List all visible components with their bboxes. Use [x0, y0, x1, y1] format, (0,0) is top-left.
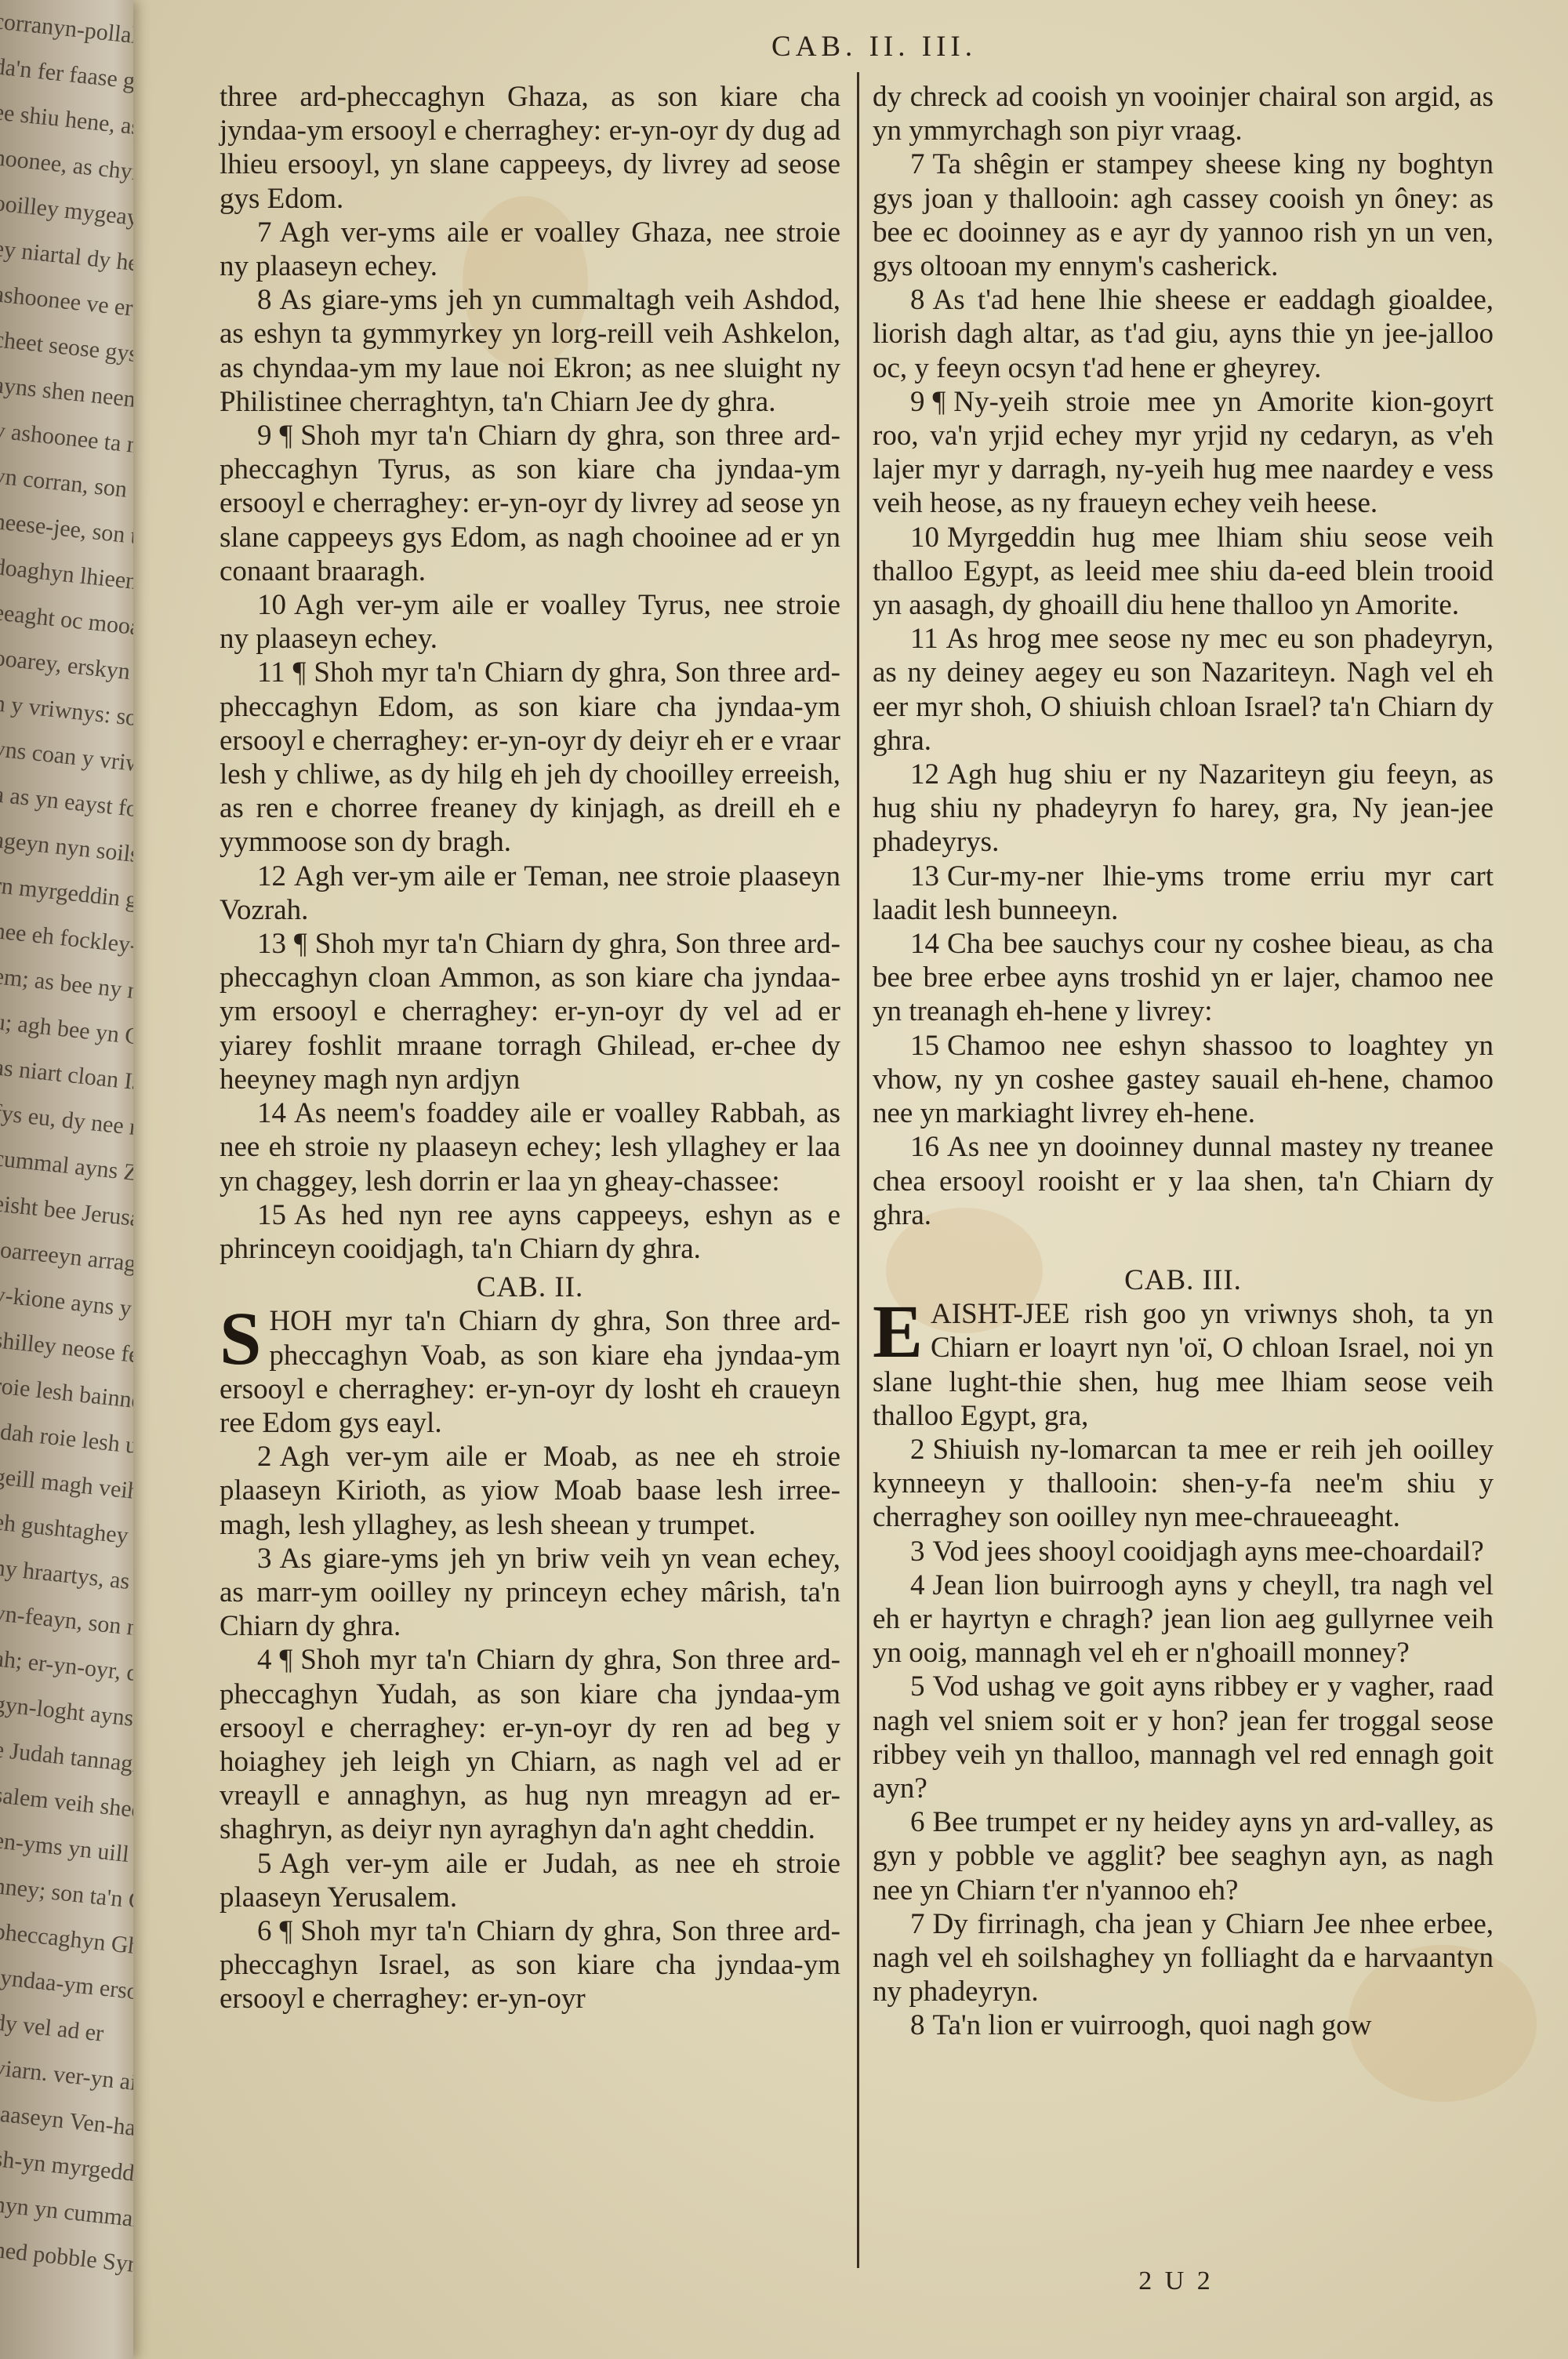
verse: 6Bee trumpet er ny heidey ayns yn ard-va… — [873, 1805, 1494, 1907]
verse-text: As giare-yms jeh yn briw veih yn vean ec… — [220, 1543, 840, 1642]
verse-text: dy chreck ad cooish yn vooinjer chairal … — [873, 81, 1494, 147]
previous-page-text-fragment: y ashoonee ta mygeayrt — [0, 417, 133, 467]
verse-number: 13 — [257, 928, 286, 960]
verse-text: Shiuish ny-lomarcan ta mee er reih jeh o… — [873, 1434, 1494, 1533]
verse-text: Agh ver-ym aile er voalley Tyrus, nee st… — [220, 589, 840, 655]
verse: 10Agh ver-ym aile er voalley Tyrus, nee … — [220, 588, 840, 656]
verse-number: 3 — [910, 1536, 925, 1568]
previous-page-text-fragment: yns coan y vriwnys. — [0, 736, 133, 782]
previous-page-text-fragment: doaghyn lhieeney — [0, 554, 133, 598]
verse: 9¶Shoh myr ta'n Chiarn dy ghra, son thre… — [220, 419, 840, 588]
verse-number: 7 — [910, 1908, 925, 1940]
verse-number: 4 — [910, 1569, 925, 1601]
verse-text: Agh ver-ym aile er Judah, as nee eh stro… — [220, 1848, 840, 1914]
verse-number: 7 — [910, 148, 925, 180]
previous-page-text-fragment: fys eu, dy nee mish y — [0, 1100, 133, 1147]
previous-page-text-fragment: ashoonee ve er nyn — [0, 281, 133, 326]
verse-text: Dy firrinagh, cha jean y Chiarn Jee nhee… — [873, 1908, 1494, 2008]
verse: 3Vod jees shooyl cooidjagh ayns mee-choa… — [873, 1535, 1494, 1568]
verse: 5Vod ushag ve goit ayns ribbey er y vagh… — [873, 1670, 1494, 1805]
verse-number: 12 — [257, 860, 286, 892]
verse: 13¶Shoh myr ta'n Chiarn dy ghra, Son thr… — [220, 927, 840, 1096]
previous-page-text-fragment: em; as bee ny niaughyn — [0, 963, 133, 1012]
verse-number: 2 — [257, 1441, 272, 1473]
verse: 14Cha bee sauchys cour ny coshee bieau, … — [873, 927, 1494, 1029]
pilcrow-mark: ¶ — [280, 420, 293, 452]
verse-number: 15 — [257, 1199, 286, 1231]
previous-page-text-fragment: joarreeyn arragh — [0, 1236, 133, 1278]
pilcrow-mark: ¶ — [294, 928, 307, 960]
pilcrow-mark: ¶ — [293, 656, 307, 689]
previous-page-text-fragment: en-yms yn uill — [0, 1827, 130, 1868]
previous-page-text-fragment: cummal ayns Zion, — [0, 1145, 133, 1190]
verse-text: three ard-pheccaghyn Ghaza, as son kiare… — [220, 81, 840, 215]
previous-page-text-fragment: ah; er-yn-oyr, dy — [0, 1645, 133, 1688]
previous-page-text-fragment: y-kione ayns y laa shen — [0, 1281, 133, 1331]
verse-text: Agh ver-yms aile er voalley Ghaza, nee s… — [220, 216, 840, 282]
verse: 13Cur-my-ner lhie-yms trome erriu myr ca… — [873, 860, 1494, 927]
previous-page-text-fragment: n y vriwnys: son ta — [0, 690, 133, 736]
verse-text: As giare-yms jeh yn cummaltagh veih Ashd… — [220, 284, 840, 418]
previous-page-text-fragment: ooarey, erskyn — [0, 645, 131, 685]
verse-number: 6 — [910, 1806, 925, 1838]
previous-page-text-fragment: dy vel ad er — [0, 2009, 105, 2048]
verse-number: 14 — [257, 1097, 286, 1129]
previous-page-text-fragment: eisht bee Jerusalem — [0, 1190, 133, 1236]
verse-text: Shoh myr ta'n Chiarn dy ghra, Son three … — [220, 928, 840, 1096]
verse: 8Ta'n lion er vuirroogh, quoi nagh gow — [873, 2008, 1494, 2042]
verse-text: As hed nyn ree ayns cappeeys, eshyn as e… — [220, 1199, 840, 1265]
drop-cap-initial: E — [873, 1297, 931, 1363]
verse-text: Vod jees shooyl cooidjagh ayns mee-choar… — [933, 1536, 1484, 1568]
verse-text: Cha bee sauchys cour ny coshee bieau, as… — [873, 928, 1494, 1027]
verse-number: 11 — [257, 656, 285, 689]
verse: 15Chamoo nee eshyn shassoo to loaghtey y… — [873, 1029, 1494, 1131]
previous-page-text-fragment: roie lesh bainney, — [0, 1372, 133, 1416]
previous-page-text-fragment: nney; son ta'n Chiarn — [0, 1873, 133, 1920]
verse: 15As hed nyn ree ayns cappeeys, eshyn as… — [220, 1198, 840, 1266]
verse: 12Agh hug shiu er ny Nazariteyn giu feey… — [873, 758, 1494, 860]
previous-page-text-fragment: as niart cloan Israel. — [0, 1054, 133, 1100]
previous-page-text-fragment: hoonee, as chymsee- — [0, 144, 133, 191]
previous-page-text-fragment: e Judah tannaghtyn — [0, 1736, 133, 1782]
verse: 5Agh ver-ym aile er Judah, as nee eh str… — [220, 1847, 840, 1914]
column-divider-rule — [857, 72, 859, 2268]
verse-text: Chamoo nee eshyn shassoo to loaghtey yn … — [873, 1030, 1494, 1129]
previous-page-text-fragment: eh gushtaghey coan — [0, 1509, 133, 1555]
previous-page-text-fragment: yn-feayn, son nyn — [0, 1600, 133, 1644]
chapter-heading: CAB. III. — [873, 1263, 1494, 1297]
verse: 3As giare-yms jeh yn briw veih yn vean e… — [220, 1542, 840, 1644]
verse: 10Myrgeddin hug mee lhiam shiu seose vei… — [873, 521, 1494, 623]
verse: 2Agh ver-ym aile er Moab, as nee eh stro… — [220, 1440, 840, 1542]
verse: 9¶Ny-yeih stroie mee yn Amorite kion-goy… — [873, 385, 1494, 521]
verse-number: 9 — [910, 386, 925, 418]
verse-number: 15 — [910, 1030, 939, 1062]
verse: 4¶Shoh myr ta'n Chiarn dy ghra, Son thre… — [220, 1643, 840, 1846]
verse: 6¶Shoh myr ta'n Chiarn dy ghra, Son thre… — [220, 1914, 840, 2016]
verse: 12Agh ver-ym aile er Teman, nee stroie p… — [220, 860, 840, 927]
previous-page-text-fragment: pheccaghyn Ghaza — [0, 1918, 133, 1964]
previous-page-text-fragment: cheet seose gys coan — [0, 326, 133, 373]
previous-page-text-fragment: hed pobble Syria — [0, 2237, 133, 2280]
previous-page-text-fragment: u; agh bee yn Chiarn — [0, 1009, 133, 1056]
chapter-opening-verse: SHOH myr ta'n Chiarn dy ghra, Son three … — [220, 1304, 840, 1440]
previous-page-text-fragment: ee shiu hene, as — [0, 99, 133, 140]
verse-text: Shoh myr ta'n Chiarn dy ghra, Son three … — [220, 656, 840, 858]
verse-number: 13 — [910, 860, 939, 892]
verse-number: 2 — [910, 1434, 925, 1466]
previous-page-text-fragment: a as yn eayst fo dorragh — [0, 781, 133, 831]
verse-text: Bee trumpet er ny heidey ayns yn ard-val… — [873, 1806, 1494, 1906]
chapter-heading-text: CAB. II. — [477, 1271, 583, 1303]
verse-text: Agh hug shiu er ny Nazariteyn giu feeyn,… — [873, 758, 1494, 858]
pilcrow-mark: ¶ — [933, 386, 946, 418]
verse-text: Shoh myr ta'n Chiarn dy ghra, son three … — [220, 420, 840, 587]
signature-mark: 2 U 2 — [1129, 2266, 1223, 2296]
previous-page-leaf: corranyn-pollalda'n fer faase gra,ee shi… — [0, 0, 133, 2359]
verse: 4Jean lion buirroogh ayns y cheyll, tra … — [873, 1568, 1494, 1670]
verse: 8As t'ad hene lhie sheese er eaddagh gio… — [873, 283, 1494, 385]
verse-number: 8 — [257, 284, 272, 316]
opening-small-caps: HOH — [269, 1305, 332, 1337]
previous-page-text-fragment: eeaght oc mooar. — [0, 599, 133, 642]
verse: 14As neem's foaddey aile er voalley Rabb… — [220, 1096, 840, 1198]
verse-number: 8 — [910, 284, 925, 316]
verse-number: 7 — [257, 216, 272, 249]
verse-text: Ta shêgin er stampey sheese king ny bogh… — [873, 148, 1494, 282]
left-text-column: three ard-pheccaghyn Ghaza, as son kiare… — [220, 80, 840, 2016]
drop-cap-initial: S — [220, 1304, 269, 1370]
verse-text: Agh ver-ym aile er Moab, as nee eh stroi… — [220, 1441, 840, 1540]
previous-page-text-fragment: ey niartal dy heet — [0, 235, 133, 278]
pilcrow-mark: ¶ — [280, 1644, 293, 1676]
verse-number: 4 — [257, 1644, 272, 1676]
verse-number: 14 — [910, 928, 939, 960]
verse-number: 3 — [257, 1543, 272, 1575]
previous-page-text-fragment: laaseyn Ven-hadad — [0, 2100, 133, 2145]
verse-text: Jean lion buirroogh ayns y cheyll, tra n… — [873, 1569, 1494, 1669]
verse-continuation: three ard-pheccaghyn Ghaza, as son kiare… — [220, 80, 840, 216]
right-text-column: dy chreck ad cooish yn vooinjer chairal … — [873, 80, 1494, 2043]
chapter-heading-text: CAB. III. — [1124, 1264, 1242, 1296]
previous-page-text-fragment: ayns shen neem's — [0, 372, 133, 415]
verse-text: As hrog mee seose ny mec eu son phadeyry… — [873, 623, 1494, 757]
verse-text: Vod ushag ve goit ayns ribbey er y vaghe… — [873, 1670, 1494, 1805]
previous-page-text-fragment: corranyn-pollal — [0, 8, 133, 49]
verse-number: 9 — [257, 420, 272, 452]
previous-page-text-fragment: rn myrgeddin gyllagh — [0, 872, 133, 920]
previous-page-text-fragment: da'n fer faase gra, — [0, 53, 133, 97]
verse-text: As t'ad hene lhie sheese er eaddagh gioa… — [873, 284, 1494, 383]
verse-text: As nee yn dooinney dunnal mastey ny trea… — [873, 1131, 1494, 1230]
verse-text: Ta'n lion er vuirroogh, quoi nagh gow — [933, 2009, 1372, 2041]
verse-number: 11 — [910, 623, 938, 655]
verse-number: 10 — [257, 589, 286, 621]
previous-page-text-fragment: nee eh fockley-magh — [0, 918, 133, 965]
verse-text: Ny-yeih stroie mee yn Amorite kion-goyrt… — [873, 386, 1494, 520]
previous-page-text-fragment: viarn. ver-yn aile — [0, 2055, 133, 2098]
running-head: CAB. II. III. — [745, 30, 1004, 64]
verse-number: 5 — [257, 1848, 272, 1880]
verse-number: 6 — [257, 1915, 272, 1947]
pilcrow-mark: ¶ — [280, 1915, 293, 1947]
verse-number: 12 — [910, 758, 939, 791]
previous-page-text-fragment: shilley neose feeyn — [0, 1327, 133, 1372]
previous-page-text-fragment: salem veih sheelogh — [0, 1782, 133, 1828]
chapter-opening-verse: EAISHT-JEE rish goo yn vriwnys shoh, ta … — [873, 1297, 1494, 1433]
previous-page-text-fragment: ny hraartys, as bee — [0, 1554, 133, 1599]
verse: 16As nee yn dooinney dunnal mastey ny tr… — [873, 1130, 1494, 1232]
previous-page-text-fragment: jyndaa-ym ersooyl e — [0, 1964, 133, 2010]
opening-small-caps: AISHT-JEE — [931, 1298, 1069, 1330]
verse-text: Shoh myr ta'n Chiarn dy ghra, Son three … — [220, 1915, 840, 2015]
verse-number: 8 — [910, 2009, 925, 2041]
verse: 7Dy firrinagh, cha jean y Chiarn Jee nhe… — [873, 1907, 1494, 2009]
verse: 7Ta shêgin er stampey sheese king ny bog… — [873, 147, 1494, 283]
verse: 11As hrog mee seose ny mec eu son phadey… — [873, 622, 1494, 758]
previous-page-text-fragment: yn corran, son ta'n — [0, 463, 133, 507]
previous-page-text-fragment: idah roie lesh ushtaghyn — [0, 1418, 133, 1468]
verse: 8As giare-yms jeh yn cummaltagh veih Ash… — [220, 283, 840, 419]
verse: 7Agh ver-yms aile er voalley Ghaza, nee … — [220, 216, 840, 283]
verse-number: 5 — [910, 1670, 925, 1703]
verse-text: Shoh myr ta'n Chiarn dy ghra, Son three … — [220, 1644, 840, 1845]
verse-text: Agh ver-ym aile er Teman, nee stroie pla… — [220, 860, 840, 926]
previous-page-text-fragment: ageyn nyn soilshey. — [0, 827, 133, 872]
chapter-heading: CAB. II. — [220, 1270, 840, 1304]
previous-page-text-fragment: ooilley mygeayrt: — [0, 190, 133, 234]
verse-continuation: dy chreck ad cooish yn vooinjer chairal … — [873, 80, 1494, 147]
verse-number: 10 — [910, 522, 939, 554]
verse-text: As neem's foaddey aile er voalley Rabbah… — [220, 1097, 840, 1197]
verse-text: Cur-my-ner lhie-yms trome erriu myr cart… — [873, 860, 1494, 926]
previous-page-text-fragment: geill magh veih thie — [0, 1463, 133, 1510]
previous-page-text-fragment: heese-jee, son ta'n — [0, 508, 133, 553]
verse: 2Shiuish ny-lomarcan ta mee er reih jeh … — [873, 1433, 1494, 1535]
previous-page-text-fragment: hyn yn cummaltagh — [0, 2191, 133, 2237]
previous-page-text-fragment: sh-yn myrgeddin — [0, 2146, 133, 2189]
previous-page-text-fragment: gyn-loght ayns y cheer — [0, 1691, 133, 1739]
verse-number: 16 — [910, 1131, 939, 1163]
verse-text: Myrgeddin hug mee lhiam shiu seose veih … — [873, 522, 1494, 621]
verse: 11¶Shoh myr ta'n Chiarn dy ghra, Son thr… — [220, 656, 840, 859]
